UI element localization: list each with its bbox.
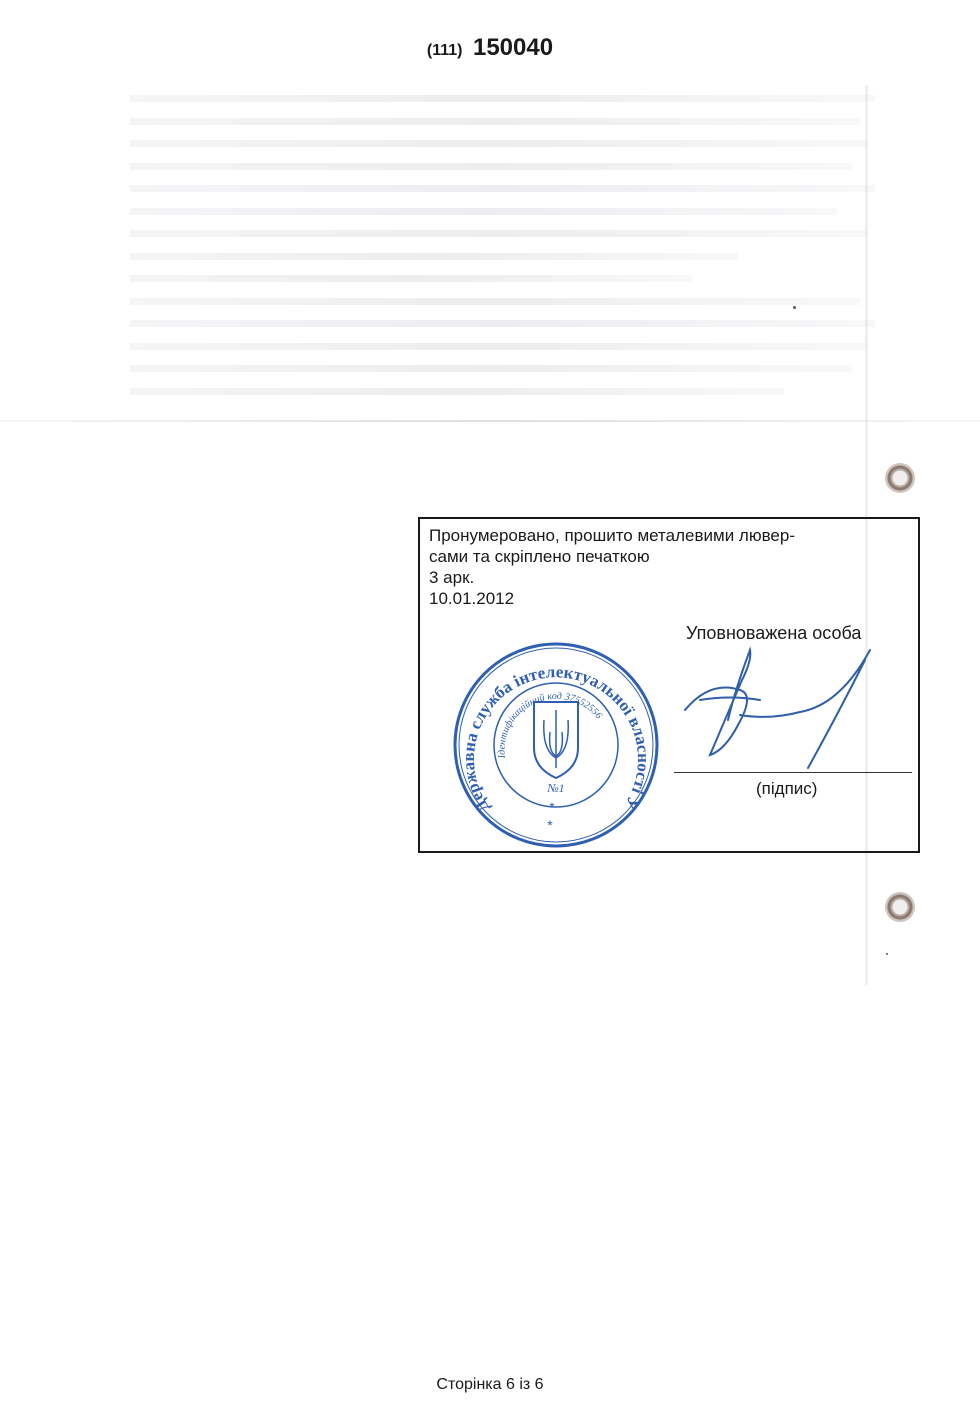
handwritten-signature-icon (680, 640, 900, 780)
grommet-bottom (885, 892, 915, 922)
certification-text: Пронумеровано, прошито металевими лювер-… (429, 525, 795, 609)
cert-line-1: Пронумеровано, прошито металевими лювер- (429, 525, 795, 546)
paper-fold (0, 420, 980, 422)
show-through-text (130, 95, 890, 425)
cert-line-3: 3 арк. (429, 567, 795, 588)
page-number: Сторінка 6 із 6 (0, 1376, 980, 1394)
stamp-number: №1 (546, 781, 564, 795)
grommet-top (885, 463, 915, 493)
inid-code: (111) (427, 42, 463, 59)
registration-number: 150040 (473, 34, 553, 61)
cert-date: 10.01.2012 (429, 588, 795, 609)
official-stamp-icon: Державна служба інтелектуальної власност… (450, 640, 662, 850)
svg-text:*: * (549, 799, 555, 815)
svg-text:*: * (547, 817, 553, 833)
document-header: (111) 150040 (0, 34, 980, 62)
signature-label: (підпис) (756, 779, 817, 799)
cert-line-2: сами та скріплено печаткою (429, 546, 795, 567)
speck (793, 306, 796, 309)
speck (886, 953, 888, 955)
